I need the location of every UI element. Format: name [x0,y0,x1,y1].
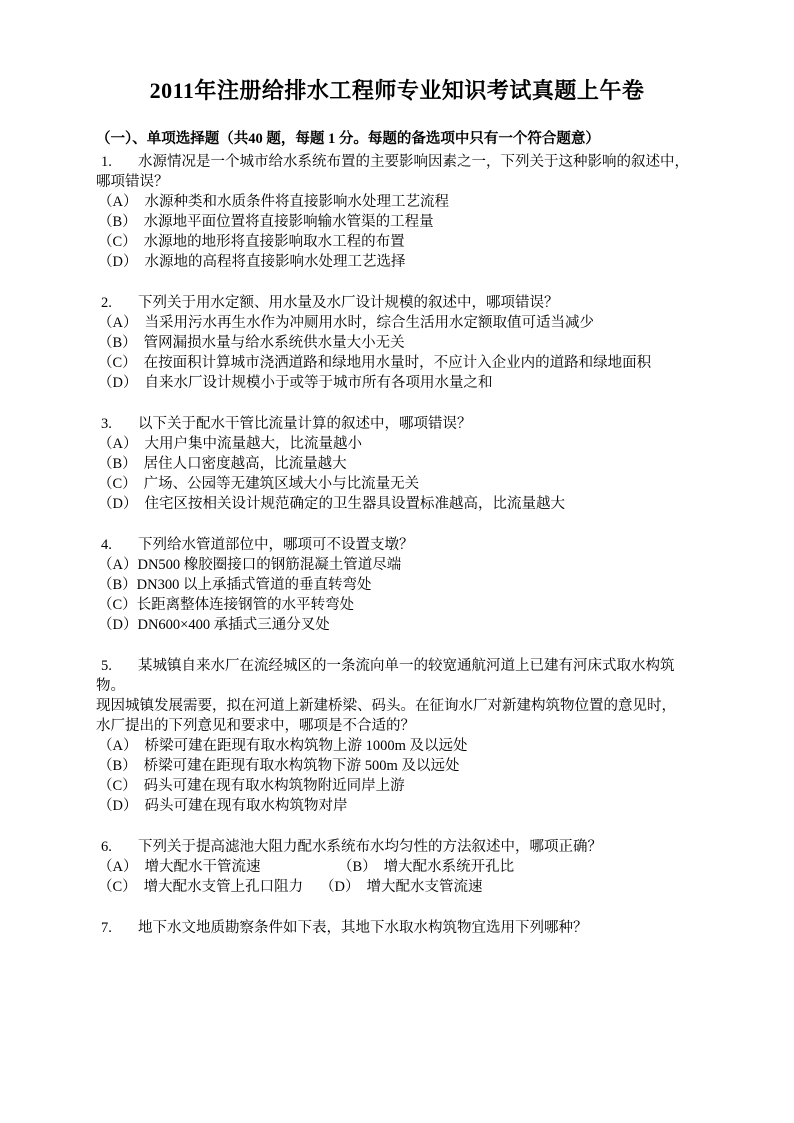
option-label: （D） [98,254,137,270]
option-B: （B）桥梁可建在距现有取水构筑物下游 500m 及以远处 [98,756,698,776]
option-C: （C）水源地的地形将直接影响取水工程的布置 [98,232,698,252]
option-label: （D） [98,496,137,512]
option-text: 增大配水干管流速 [144,859,260,875]
option-A: （A）当采用污水再生水作为冲厕用水时，综合生活用水定额取值可适当减少 [98,313,698,333]
option-D: （D）增大配水支管流速 [320,877,482,897]
question-7: 7.地下水文地质勘察条件如下表，其地下水取水构筑物宜选用下列哪种？ [96,918,698,938]
question-stem: 7.地下水文地质勘察条件如下表，其地下水取水构筑物宜选用下列哪种？ [96,918,698,938]
document-title: 2011年注册给排水工程师专业知识考试真题上午卷 [96,77,698,105]
option-row: （A）增大配水干管流速（B）增大配水系统开孔比 [98,857,698,877]
option-A: （A）增大配水干管流速 [98,857,338,877]
question-stem: 4.下列给水管道部位中，哪项可不设置支墩？ [96,535,698,555]
question-stem: 6.下列关于提高滤池大阻力配水系统布水均匀性的方法叙述中，哪项正确？ [96,837,698,857]
option-text: 增大配水支管上孔口阻力 [144,879,304,895]
question-stem: 1.水源情况是一个城市给水系统布置的主要影响因素之一，下列关于这种影响的叙述中，… [96,152,698,192]
option-label: （C） [98,355,137,371]
option-label: （B） [98,577,137,593]
question-text: 水源情况是一个城市给水系统布置的主要影响因素之一，下列关于这种影响的叙述中，哪项… [96,154,689,190]
option-text: DN300 以上承插式管道的垂直转弯处 [137,577,372,593]
question-4: 4.下列给水管道部位中，哪项可不设置支墩？（A）DN500 橡胶圈接口的钢筋混凝… [96,535,698,635]
option-label: （C） [98,778,137,794]
options-list: （A）增大配水干管流速（B）增大配水系统开孔比（C）增大配水支管上孔口阻力（D）… [96,857,698,897]
question-text: 下列给水管道部位中，哪项可不设置支墩？ [138,537,414,553]
options-list: （A）当采用污水再生水作为冲厕用水时，综合生活用水定额取值可适当减少（B）管网漏… [96,313,698,393]
option-label: （D） [98,798,137,814]
option-text: 增大配水支管流速 [366,879,482,895]
option-label: （D） [98,617,137,633]
option-B: （B）水源地平面位置将直接影响输水管渠的工程量 [98,212,698,232]
option-label: （B） [98,456,137,472]
option-text: 住宅区按相关设计规范确定的卫生器具设置标准越高，比流量越大 [144,496,565,512]
option-C: （C）在按面积计算城市浇洒道路和绿地用水量时，不应计入企业内的道路和绿地面积 [98,353,698,373]
option-label: （A） [98,557,137,573]
question-number: 6. [101,837,138,857]
option-C: （C）增大配水支管上孔口阻力 [98,877,320,897]
questions-list: 1.水源情况是一个城市给水系统布置的主要影响因素之一，下列关于这种影响的叙述中，… [96,152,698,938]
option-label: （A） [98,315,137,331]
option-D: （D）码头可建在现有取水构筑物对岸 [98,796,698,816]
option-text: 管网漏损水量与给水系统供水量大小无关 [144,335,405,351]
option-text: 水源地的高程将直接影响水处理工艺选择 [144,254,405,270]
option-text: 居住人口密度越高，比流量越大 [144,456,347,472]
question-number: 3. [101,414,138,434]
option-text: 在按面积计算城市浇洒道路和绿地用水量时，不应计入企业内的道路和绿地面积 [144,355,652,371]
option-C: （C）码头可建在现有取水构筑物附近同岸上游 [98,776,698,796]
option-label: （B） [98,758,137,774]
option-D: （D）水源地的高程将直接影响水处理工艺选择 [98,252,698,272]
option-text: DN500 橡胶圈接口的钢筋混凝土管道尽端 [137,557,401,573]
option-text: 水源地平面位置将直接影响输水管渠的工程量 [144,214,434,230]
option-text: 广场、公园等无建筑区域大小与比流量无关 [144,476,420,492]
option-B: （B）增大配水系统开孔比 [338,857,514,877]
question-text: 某城镇自来水厂在流经城区的一条流向单一的较宽通航河道上已建有河床式取水构筑物。现… [96,658,676,734]
option-label: （A） [98,859,137,875]
question-number: 4. [101,535,138,555]
option-label: （C） [98,879,137,895]
exam-document-page: 2011年注册给排水工程师专业知识考试真题上午卷 （一）、单项选择题（共40 题… [0,0,794,1123]
option-D: （D）住宅区按相关设计规范确定的卫生器具设置标准越高，比流量越大 [98,494,698,514]
option-text: 水源地的地形将直接影响取水工程的布置 [144,234,405,250]
option-text: 水源种类和水质条件将直接影响水处理工艺流程 [144,194,449,210]
option-label: （D） [98,375,137,391]
option-label: （A） [98,436,137,452]
option-text: 桥梁可建在距现有取水构筑物下游 500m 及以远处 [144,758,460,774]
option-A: （A）桥梁可建在距现有取水构筑物上游 1000m 及以远处 [98,736,698,756]
options-list: （A）DN500 橡胶圈接口的钢筋混凝土管道尽端（B）DN300 以上承插式管道… [96,555,698,635]
question-5: 5.某城镇自来水厂在流经城区的一条流向单一的较宽通航河道上已建有河床式取水构筑物… [96,656,698,816]
question-2: 2.下列关于用水定额、用水量及水厂设计规模的叙述中，哪项错误？（A）当采用污水再… [96,293,698,393]
option-text: 码头可建在现有取水构筑物对岸 [144,798,347,814]
question-text: 下列关于提高滤池大阻力配水系统布水均匀性的方法叙述中，哪项正确？ [138,839,602,855]
option-label: （B） [338,859,377,875]
option-B: （B）管网漏损水量与给水系统供水量大小无关 [98,333,698,353]
option-D: （D）自来水厂设计规模小于或等于城市所有各项用水量之和 [98,373,698,393]
question-stem: 3.以下关于配水干管比流量计算的叙述中，哪项错误？ [96,414,698,434]
option-label: （A） [98,194,137,210]
option-text: 增大配水系统开孔比 [384,859,515,875]
question-number: 5. [101,656,138,676]
option-row: （C）增大配水支管上孔口阻力（D）增大配水支管流速 [98,877,698,897]
option-A: （A）大用户集中流量越大，比流量越小 [98,434,698,454]
question-text: 地下水文地质勘察条件如下表，其地下水取水构筑物宜选用下列哪种？ [138,920,588,936]
option-A: （A）水源种类和水质条件将直接影响水处理工艺流程 [98,192,698,212]
options-list: （A）桥梁可建在距现有取水构筑物上游 1000m 及以远处（B）桥梁可建在距现有… [96,736,698,816]
option-label: （B） [98,214,137,230]
option-label: （C） [98,234,137,250]
question-6: 6.下列关于提高滤池大阻力配水系统布水均匀性的方法叙述中，哪项正确？（A）增大配… [96,837,698,897]
option-text: 大用户集中流量越大，比流量越小 [144,436,362,452]
option-text: 当采用污水再生水作为冲厕用水时，综合生活用水定额取值可适当减少 [144,315,594,331]
question-number: 7. [101,918,138,938]
question-stem: 5.某城镇自来水厂在流经城区的一条流向单一的较宽通航河道上已建有河床式取水构筑物… [96,656,698,736]
option-C: （C）广场、公园等无建筑区域大小与比流量无关 [98,474,698,494]
option-B: （B）居住人口密度越高，比流量越大 [98,454,698,474]
question-number: 1. [101,152,138,172]
option-label: （A） [98,738,137,754]
section-header: （一）、单项选择题（共40 题，每题 1 分。每题的备选项中只有一个符合题意） [96,129,698,149]
options-list: （A）大用户集中流量越大，比流量越小（B）居住人口密度越高，比流量越大（C）广场… [96,434,698,514]
option-C: （C）长距离整体连接钢管的水平转弯处 [98,595,698,615]
option-label: （C） [98,597,137,613]
option-label: （B） [98,335,137,351]
question-number: 2. [101,293,138,313]
option-B: （B）DN300 以上承插式管道的垂直转弯处 [98,575,698,595]
option-label: （D） [320,879,359,895]
question-3: 3.以下关于配水干管比流量计算的叙述中，哪项错误？（A）大用户集中流量越大，比流… [96,414,698,514]
question-stem: 2.下列关于用水定额、用水量及水厂设计规模的叙述中，哪项错误？ [96,293,698,313]
option-A: （A）DN500 橡胶圈接口的钢筋混凝土管道尽端 [98,555,698,575]
question-text: 下列关于用水定额、用水量及水厂设计规模的叙述中，哪项错误？ [138,295,559,311]
question-1: 1.水源情况是一个城市给水系统布置的主要影响因素之一，下列关于这种影响的叙述中，… [96,152,698,272]
option-label: （C） [98,476,137,492]
question-text: 以下关于配水干管比流量计算的叙述中，哪项错误？ [138,416,472,432]
option-text: 桥梁可建在距现有取水构筑物上游 1000m 及以远处 [144,738,467,754]
option-text: DN600×400 承插式三通分叉处 [137,617,329,633]
options-list: （A）水源种类和水质条件将直接影响水处理工艺流程（B）水源地平面位置将直接影响输… [96,192,698,272]
option-text: 长距离整体连接钢管的水平转弯处 [137,597,355,613]
option-text: 码头可建在现有取水构筑物附近同岸上游 [144,778,405,794]
option-text: 自来水厂设计规模小于或等于城市所有各项用水量之和 [144,375,492,391]
option-D: （D）DN600×400 承插式三通分叉处 [98,615,698,635]
